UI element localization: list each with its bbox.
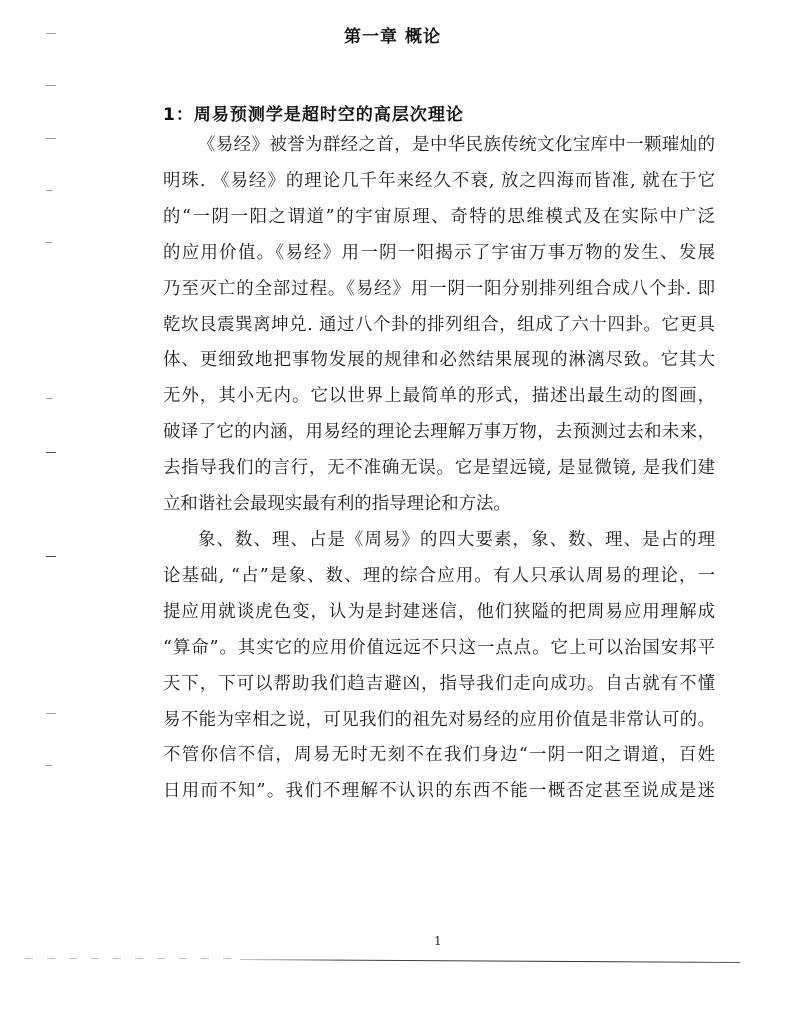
text-line: 易不能为宰相之说，可见我们的祖先对易经的应用价值是非常认可的。 [163, 703, 715, 739]
chapter-title: 第一章 概论 [0, 22, 785, 47]
page-number: 1 [434, 934, 442, 948]
margin-tick [46, 556, 56, 557]
margin-tick [46, 398, 52, 399]
margin-tick [46, 452, 56, 453]
body-text: 《易经》被誉为群经之首，是中华民族传统文化宝库中一颗璀灿的 明珠. 《易经》的理… [163, 128, 715, 810]
paragraph-2: 象、数、理、占是《周易》的四大要素，象、数、理、是占的理 论基础, “占”是象、… [163, 523, 715, 810]
text-line: 体、更细致地把事物发展的规律和必然结果展现的淋漓尽致。它其大 [163, 343, 715, 379]
footer-scan-dashes [25, 958, 235, 959]
margin-tick [46, 242, 52, 243]
text-line: 提应用就谈虎色变，认为是封建迷信，他们狭隘的把周易应用理解成 [163, 595, 715, 631]
margin-tick [46, 713, 56, 714]
margin-tick [46, 190, 52, 191]
text-line: “算命”。其实它的应用价值远远不只这一点点。它上可以治国安邦平 [163, 631, 715, 667]
margin-tick [46, 138, 56, 139]
text-line: 象、数、理、占是《周易》的四大要素，象、数、理、是占的理 [163, 523, 715, 559]
text-line: 立和谐社会最现实最有利的指导理论和方法。 [163, 487, 715, 523]
text-line: 破译了它的内涵，用易经的理论去理解万事万物，去预测过去和未来， [163, 415, 715, 451]
text-line: 不管你信不信，周易无时无刻不在我们身边“一阴一阳之谓道，百姓 [163, 738, 715, 774]
text-line: 的“一阴一阳之谓道”的宇宙原理、奇特的思维模式及在实际中广泛 [163, 200, 715, 236]
margin-tick [46, 765, 52, 766]
text-line: 乾坎艮震巽离坤兑. 通过八个卦的排列组合，组成了六十四卦。它更具 [163, 308, 715, 344]
text-line: 乃至灭亡的全部过程。《易经》用一阴一阳分别排列组合成八个卦. 即 [163, 272, 715, 308]
text-line: 《易经》被誉为群经之首，是中华民族传统文化宝库中一颗璀灿的 [163, 128, 715, 164]
text-line: 明珠. 《易经》的理论几千年来经久不衰, 放之四海而皆准, 就在于它 [163, 164, 715, 200]
text-line: 天下，下可以帮助我们趋吉避凶，指导我们走向成功。自古就有不懂 [163, 667, 715, 703]
text-line: 的应用价值。《易经》用一阴一阳揭示了宇宙万事万物的发生、发展 [163, 236, 715, 272]
paragraph-1: 《易经》被誉为群经之首，是中华民族传统文化宝库中一颗璀灿的 明珠. 《易经》的理… [163, 128, 715, 523]
margin-tick [46, 85, 56, 86]
footer-rule [240, 959, 740, 963]
text-line: 去指导我们的言行，无不准确无误。它是望远镜, 是显微镜, 是我们建 [163, 451, 715, 487]
section-heading: 1：周易预测学是超时空的高层次理论 [163, 100, 464, 125]
text-line: 无外，其小无内。它以世界上最简单的形式，描述出最生动的图画， [163, 379, 715, 415]
text-line: 日用而不知”。我们不理解不认识的东西不能一概否定甚至说成是迷 [163, 774, 715, 810]
text-line: 论基础, “占”是象、数、理的综合应用。有人只承认周易的理论，一 [163, 559, 715, 595]
